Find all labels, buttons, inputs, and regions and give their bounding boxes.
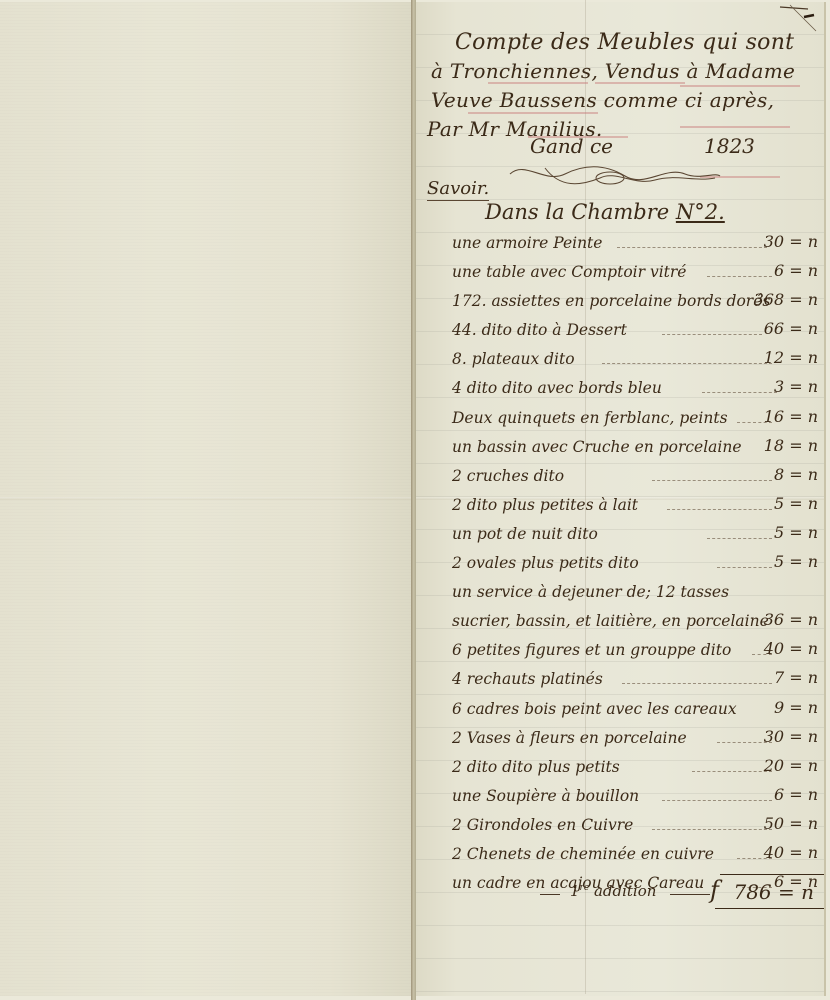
list-item: 8. plateaux dito 12 = n [452, 346, 824, 375]
item-amount: 36 = n [764, 610, 818, 629]
item-description: 172. assiettes en porcelaine bords dorés [452, 292, 770, 310]
item-amount: 40 = n [764, 843, 818, 862]
item-description: 8. plateaux dito [452, 350, 575, 368]
item-description: 4 rechauts platinés [452, 670, 603, 688]
list-item: 2 cruches dito 8 = n [452, 463, 824, 492]
item-amount: 8 = n [774, 465, 818, 484]
room-heading: Dans la Chambre N°2. [485, 200, 725, 224]
list-item: 2 Girondoles en Cuivre 50 = n [452, 812, 824, 841]
leader-dots [617, 247, 767, 248]
list-item: 2 Vases à fleurs en porcelaine 30 = n [452, 725, 824, 754]
list-item: une table avec Comptoir vitré 6 = n [452, 259, 824, 288]
item-description: 2 Vases à fleurs en porcelaine [452, 729, 687, 747]
item-amount: 6 = n [774, 785, 818, 804]
place-date-line: Gand ce 1823 [530, 134, 810, 158]
total-dash [670, 894, 710, 895]
item-amount: 3 = n [774, 377, 818, 396]
item-description: 2 dito dito plus petits [452, 758, 620, 776]
red-pencil-underline [595, 82, 685, 84]
savoir-heading: Savoir. [427, 178, 489, 201]
red-pencil-underline [468, 112, 598, 114]
item-amount: 12 = n [764, 348, 818, 367]
list-item: 2 dito dito plus petits 20 = n [452, 754, 824, 783]
list-item: 6 petites figures et un grouppe dito 40 … [452, 637, 824, 666]
inventory-list: une armoire Peinte 30 = n une table avec… [452, 230, 824, 899]
leader-dots [667, 509, 772, 510]
list-item: 6 cadres bois peint avec les careaux 9 =… [452, 696, 824, 725]
list-item: 4 dito dito avec bords bleu 3 = n [452, 375, 824, 404]
leader-dots [602, 363, 772, 364]
total-label: 1re addition [570, 882, 656, 900]
item-description: une table avec Comptoir vitré [452, 263, 686, 281]
leader-dots [707, 276, 772, 277]
item-amount: 5 = n [774, 494, 818, 513]
item-amount: 20 = n [764, 756, 818, 775]
leader-dots [662, 334, 762, 335]
list-item: 2 Chenets de cheminée en cuivre 40 = n [452, 841, 824, 870]
total-rule-top [720, 874, 824, 875]
item-description: 2 ovales plus petits dito [452, 554, 639, 572]
total-dash [540, 894, 560, 895]
list-item: 4 rechauts platinés 7 = n [452, 666, 824, 695]
leader-dots [702, 392, 777, 393]
item-amount: 30 = n [764, 232, 818, 251]
item-description: 4 dito dito avec bords bleu [452, 379, 662, 397]
red-pencil-underline [680, 85, 800, 87]
list-item: une Soupière à bouillon 6 = n [452, 783, 824, 812]
list-item: sucrier, bassin, et laitière, en porcela… [452, 608, 824, 637]
leader-dots [692, 771, 772, 772]
red-pencil-underline [488, 82, 588, 84]
item-description: Deux quinquets en ferblanc, peints [452, 409, 728, 427]
item-description: un service à dejeuner de; 12 tasses [452, 583, 729, 601]
item-amount: 40 = n [764, 639, 818, 658]
total-label-superscript: re [580, 883, 590, 893]
red-pencil-underline [680, 126, 790, 128]
total-label-ordinal: 1 [570, 882, 580, 900]
item-amount: 50 = n [764, 814, 818, 833]
item-amount: 7 = n [774, 668, 818, 687]
item-amount: 18 = n [764, 436, 818, 455]
item-description: une armoire Peinte [452, 234, 602, 252]
florin-sign: f [710, 876, 719, 904]
list-item: un pot de nuit dito 5 = n [452, 521, 824, 550]
title-line-1: Compte des Meubles qui sont [455, 28, 815, 57]
list-item: une armoire Peinte 30 = n [452, 230, 824, 259]
place-text: Gand ce [530, 134, 613, 158]
list-item: 44. dito dito à Dessert 66 = n [452, 317, 824, 346]
leader-dots [622, 683, 772, 684]
item-description: 6 cadres bois peint avec les careaux [452, 700, 737, 718]
list-item: un bassin avec Cruche en porcelaine 18 =… [452, 434, 824, 463]
item-description: 2 Chenets de cheminée en cuivre [452, 845, 714, 863]
year-text: 1823 [704, 134, 755, 158]
document-spread: Compte des Meubles qui sont à Tronchienn… [0, 0, 830, 1000]
list-item: Deux quinquets en ferblanc, peints 16 = … [452, 405, 824, 434]
leader-dots [652, 480, 772, 481]
item-amount: 368 = n [754, 290, 818, 309]
room-heading-text: Dans la Chambre [485, 200, 669, 224]
item-description: 6 petites figures et un grouppe dito [452, 641, 731, 659]
item-description: 2 cruches dito [452, 467, 564, 485]
item-description: 44. dito dito à Dessert [452, 321, 627, 339]
leader-dots [717, 567, 772, 568]
leader-dots [707, 538, 772, 539]
item-amount: 66 = n [764, 319, 818, 338]
leader-dots [662, 800, 772, 801]
left-page-blank [0, 2, 412, 996]
horizontal-fold-crease [0, 497, 411, 500]
list-item: un service à dejeuner de; 12 tasses [452, 579, 824, 608]
item-amount: 16 = n [764, 407, 818, 426]
total-label-word: addition [589, 882, 656, 900]
total-row: 1re addition f 786 = n [540, 880, 824, 910]
list-item: 2 dito plus petites à lait 5 = n [452, 492, 824, 521]
total-rule-bottom [715, 908, 824, 909]
item-description: une Soupière à bouillon [452, 787, 639, 805]
item-description: un bassin avec Cruche en porcelaine [452, 438, 742, 456]
list-item: 2 ovales plus petits dito 5 = n [452, 550, 824, 579]
item-description: un pot de nuit dito [452, 525, 598, 543]
calligraphic-flourish-icon [505, 162, 725, 192]
item-description: sucrier, bassin, et laitière, en porcela… [452, 612, 769, 630]
item-description: 2 Girondoles en Cuivre [452, 816, 633, 834]
leader-dots [652, 829, 772, 830]
list-item: 172. assiettes en porcelaine bords dorés… [452, 288, 824, 317]
item-description: 2 dito plus petites à lait [452, 496, 638, 514]
room-number: N°2. [676, 200, 725, 224]
title-line-3: Veuve Baussens comme ci après, [431, 86, 815, 115]
item-amount: 6 = n [774, 261, 818, 280]
item-amount: 5 = n [774, 552, 818, 571]
item-amount: 5 = n [774, 523, 818, 542]
item-amount: 30 = n [764, 727, 818, 746]
item-amount: 9 = n [774, 698, 818, 717]
total-amount: 786 = n [733, 880, 814, 904]
